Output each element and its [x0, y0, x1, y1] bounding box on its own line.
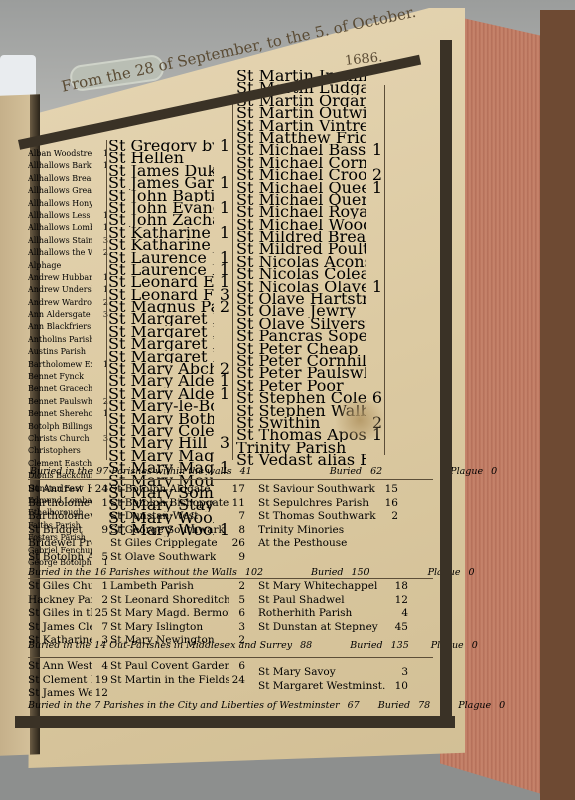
parish-name: St Mary Islington	[110, 621, 203, 635]
parish-row: Andrew Hubbard1	[28, 272, 108, 284]
parish-name: St Olave Silverstreet	[236, 318, 366, 330]
burial-count	[366, 355, 382, 367]
parish-name: St John Zachary	[108, 214, 214, 226]
parish-row: St Leonard Shoreditch5	[110, 594, 245, 608]
parish-name: St Mary-le-Bow	[108, 400, 214, 412]
parish-row: Allhallows Staining3	[28, 235, 108, 247]
parish-row: St Michael Woodstreet	[236, 219, 382, 231]
parish-name: St Mary Magd. Bermon.	[110, 607, 229, 621]
parish-name: St Peter Paulswharf	[236, 367, 366, 379]
burial-count	[214, 152, 230, 164]
parish-row: St Leonard Eastcheap1	[108, 276, 230, 288]
burial-count: 1	[214, 227, 230, 239]
parish-name: Allhallows Less	[28, 210, 91, 222]
parish-row: St Pancras Soperlane	[236, 330, 382, 342]
burial-count: 5	[92, 551, 108, 565]
within-walls-summary: Buried in the 97 Parishes within the wal…	[30, 466, 505, 477]
parish-name: Allhallows Honylane	[28, 198, 92, 210]
parish-row: Trinity Minories	[258, 524, 398, 538]
burial-count	[366, 194, 382, 206]
parish-row: St Michael Cornhil	[236, 157, 382, 169]
parish-row: St Gregory by St Paul1	[108, 140, 230, 152]
column-rule	[384, 85, 385, 455]
parish-row: St Mary Aldermary1	[108, 388, 230, 400]
book-cover	[540, 10, 575, 800]
section-rule	[28, 657, 433, 658]
parish-row: At the Pesthouse	[258, 537, 398, 551]
burial-count: 16	[382, 497, 398, 511]
parish-row: Hackney Parish2	[28, 594, 108, 608]
parish-row: Bennet Paulswharf2	[28, 396, 108, 408]
burial-count	[366, 256, 382, 268]
parish-row: Allhallows Great	[28, 185, 108, 197]
parish-name: St Michael Queenhith	[236, 182, 366, 194]
parish-name: Andrew Wardrobe	[28, 297, 92, 309]
parish-row: St Nicolas Coleabby	[236, 268, 382, 280]
parish-name: St Margaret Moses	[108, 326, 214, 338]
parish-row: St Margaret Pattons	[108, 351, 230, 363]
parish-name: Allhallows Staining	[28, 235, 92, 247]
parish-name: St John Evangelist	[108, 202, 214, 214]
parish-name: St Giles Cripplegate	[110, 537, 218, 551]
parish-row: St Dunstan at Stepney45	[258, 621, 408, 635]
parish-row: St Mary Hill3	[108, 437, 230, 449]
parish-row: Allhallows Barking1	[28, 160, 108, 172]
parish-name: St Mary Savoy	[258, 666, 336, 680]
parish-name: At the Pesthouse	[258, 537, 347, 551]
parish-name: St Gregory by St Paul	[108, 140, 214, 152]
parish-name: St Swithin	[236, 417, 320, 429]
burial-count	[366, 330, 382, 342]
parish-name: Bennet Paulswharf	[28, 396, 92, 408]
burial-count	[366, 318, 382, 330]
parish-name: St Olave Jewry	[236, 305, 356, 317]
parish-name: St Martin in the Fields	[110, 674, 229, 688]
parish-row: Antholins Parish	[28, 334, 108, 346]
burial-count	[366, 219, 382, 231]
parish-row: St John Baptist	[108, 190, 230, 202]
parish-row: St Botolph Bishopgate11	[110, 497, 245, 511]
parish-name: St Botolph Bishopgate	[110, 497, 229, 511]
water-stain	[330, 400, 390, 440]
burial-count: 15	[382, 483, 398, 497]
burial-count	[382, 537, 398, 551]
burial-count: 45	[392, 621, 408, 635]
parish-row: St Olave Silverstreet	[236, 318, 382, 330]
parish-name: St Nicolas Acons	[236, 256, 366, 268]
burial-count: 12	[392, 594, 408, 608]
parish-row: Allhallows Lombardstr.1	[28, 222, 108, 234]
parish-name: Ann Aldersgate	[28, 309, 91, 321]
burial-count	[214, 326, 230, 338]
parish-name: St Giles Church	[28, 580, 92, 594]
burial-count: 25	[92, 607, 108, 621]
parish-row: St Laurence Pountney1	[108, 264, 230, 276]
parish-row: Ann Blackfriers	[28, 321, 108, 333]
parish-row: St Hellen	[108, 152, 230, 164]
parish-row: St Mary-le-Bow	[108, 400, 230, 412]
parish-name: St Pancras Soperlane	[236, 330, 366, 342]
parish-name: St James Westminst.	[28, 687, 92, 701]
parish-row: St Katharine Creechur.	[108, 239, 230, 251]
parish-row: Bennet Sherehog1	[28, 408, 108, 420]
parish-row: Botolph Billingsgate	[28, 421, 108, 433]
burial-count: 8	[229, 524, 245, 538]
burial-count: 1	[214, 388, 230, 400]
burial-count: 3	[214, 437, 230, 449]
parish-row: St Mary Islington3	[110, 621, 245, 635]
parish-name: St Michael Royal	[236, 206, 366, 218]
parish-name: Bridewel Precinct	[28, 537, 92, 551]
parish-row: Christophers	[28, 445, 108, 457]
parish-row: St Olave Southwark9	[110, 551, 245, 565]
parish-row: St Olave Jewry	[236, 305, 382, 317]
parish-row: Bennet Gracechurch	[28, 383, 108, 395]
out-parishes-right-column: St Mary Whitechappel18St Paul Shadwel12R…	[258, 580, 408, 634]
parish-name: St Olave Hartstreet	[236, 293, 366, 305]
burial-count	[214, 313, 230, 325]
parish-name: St Olave Southwark	[110, 551, 216, 565]
parish-row: St Mary Colechurch	[108, 425, 230, 437]
burial-count: 11	[229, 497, 245, 511]
burial-count: 18	[392, 580, 408, 594]
parish-row: St Thomas Southwark2	[258, 510, 398, 524]
burial-count: 1	[366, 144, 382, 156]
burial-count	[366, 305, 382, 317]
burial-count	[366, 120, 382, 132]
parish-name: Bartholomew Exchange	[28, 359, 92, 371]
burial-count: 9	[92, 524, 108, 538]
parish-row: Trinity Parish	[236, 442, 382, 454]
parish-row: St Mary Whitechappel18	[258, 580, 408, 594]
burial-count: 1	[92, 497, 108, 511]
parish-row: St Peter Cheap	[236, 343, 382, 355]
burial-count	[214, 400, 230, 412]
parish-row: Allhallows the Wall2	[28, 247, 108, 259]
parish-name: St Paul Shadwel	[258, 594, 345, 608]
parish-row: St Katharine Coleman1	[108, 227, 230, 239]
burial-count	[366, 367, 382, 379]
out-parishes-mid-column: Lambeth Parish2St Leonard Shoreditch5St …	[110, 580, 245, 648]
parish-name: St Laurence Pountney	[108, 264, 214, 276]
parish-name: St Mary Hill	[108, 437, 207, 449]
parish-row: St John Zachary	[108, 214, 230, 226]
parish-row: St Giles in the Fields25	[28, 607, 108, 621]
parish-row: St Mary Magd. Bermon.6	[110, 607, 245, 621]
parish-row: St Michael Quern	[236, 194, 382, 206]
section-rule	[28, 578, 433, 579]
parish-name: St Michael Crookedlane	[236, 169, 366, 181]
parish-name: St Margaret Lothbury	[108, 313, 214, 325]
burial-count: 2	[382, 510, 398, 524]
parish-row: St Mary Savoy3	[258, 666, 408, 680]
parish-name: St Mary Abchurch	[108, 363, 214, 375]
parish-row: St Margaret Newfishstr.	[108, 338, 230, 350]
parish-name: St Hellen	[108, 152, 184, 164]
parish-name: Allhallows Breadstreet	[28, 173, 92, 185]
parish-row: St Peter Cornhil	[236, 355, 382, 367]
parish-name: St Michael Bassishaw	[236, 144, 366, 156]
burial-count	[214, 338, 230, 350]
burial-count: 4	[392, 607, 408, 621]
parish-name: St Peter Cheap	[236, 343, 358, 355]
parish-row: Bartholomew Less	[28, 510, 108, 524]
parish-row: St Laurence Jewry1	[108, 252, 230, 264]
parish-name: St James Clerkenwel	[28, 621, 92, 635]
parish-row: St Martin Vintrey	[236, 120, 382, 132]
burial-count: 19	[92, 674, 108, 688]
burial-count	[214, 413, 230, 425]
parish-row: St Dunstan West7	[110, 510, 245, 524]
parish-name: Christs Church	[28, 433, 90, 445]
parish-name: St Giles in the Fields	[28, 607, 92, 621]
parish-name: Bennet Sherehog	[28, 408, 92, 420]
parish-row: Bartholomew Exchange1	[28, 359, 108, 371]
burial-count: 24	[229, 674, 245, 688]
burial-count: 12	[92, 687, 108, 701]
burial-count: 1	[366, 182, 382, 194]
parish-name: Antholins Parish	[28, 334, 92, 346]
without-walls-summary: Buried in the 16 Parishes without the Wa…	[28, 567, 483, 578]
parish-row: St Michael Queenhith1	[236, 182, 382, 194]
parish-row: Andrew Undershaft1	[28, 284, 108, 296]
parish-name: St Mary Whitechappel	[258, 580, 377, 594]
parish-name: St Leonard Eastcheap	[108, 276, 214, 288]
parish-row: St Martin Outwich	[236, 107, 382, 119]
parish-name: St Mary Aldermanbury	[108, 375, 214, 387]
parish-name: Trinity Parish	[236, 442, 346, 454]
parish-row: St Mildred Poultrey	[236, 243, 382, 255]
burial-count: 3	[229, 621, 245, 635]
burial-count: 7	[229, 510, 245, 524]
parish-row: St George Southwark8	[110, 524, 245, 538]
burial-count: 2	[92, 594, 108, 608]
parish-row: St Mary Abchurch2	[108, 363, 230, 375]
parish-row: St Mary Mag. Milkstreet	[108, 450, 230, 462]
without-walls-right-column: St Saviour Southwark15St Sepulchres Pari…	[258, 483, 398, 551]
burial-count	[92, 510, 108, 524]
burial-count: 1	[214, 177, 230, 189]
parish-name: St Mildred Poultrey	[236, 243, 366, 255]
burial-count: 3	[392, 666, 408, 680]
burial-count: 2	[214, 301, 230, 313]
parish-name: St Matthew Fridaystreet	[236, 132, 366, 144]
parish-row: St James Clerkenwel7	[28, 621, 108, 635]
parish-row: Ann Aldersgate3	[28, 309, 108, 321]
parish-row: St Vedast alias Foster	[236, 454, 382, 466]
parish-name: St Bridget	[28, 524, 83, 538]
parish-row: St Clement Danes19	[28, 674, 108, 688]
parish-row: St Michael Bassishaw1	[236, 144, 382, 156]
burial-count: 26	[229, 537, 245, 551]
parish-row: Bartholomew Great1	[28, 497, 108, 511]
parish-row: St Margaret Westminst.10	[258, 680, 408, 694]
parish-row: St Margaret Moses	[108, 326, 230, 338]
parish-name: Bartholomew Great	[28, 497, 92, 511]
burial-count	[382, 524, 398, 538]
parish-name: Allhallows Barking	[28, 160, 92, 172]
parish-row: St James Westminst.12	[28, 687, 108, 701]
parish-row: St Paul Covent Garden.6	[110, 660, 245, 674]
burial-count: 6	[229, 660, 245, 674]
parish-row: St Paul Shadwel12	[258, 594, 408, 608]
parish-row: St Michael Crookedlane2	[236, 169, 382, 181]
parish-row: St Nicolas Olaves1	[236, 281, 382, 293]
burial-count: 9	[229, 551, 245, 565]
burial-count	[366, 343, 382, 355]
parish-name: St Botolph Aldgate	[110, 483, 211, 497]
parish-row: St Olave Hartstreet	[236, 293, 382, 305]
parish-row: St Peter Paulswharf	[236, 367, 382, 379]
parish-row: Alphage	[28, 260, 108, 272]
parish-name: St Mary Colechurch	[108, 425, 214, 437]
parish-row: St Magnus Parish2	[108, 301, 230, 313]
burial-count: 17	[229, 483, 245, 497]
parish-row: Bridewel Precinct	[28, 537, 108, 551]
parish-row: Bennet Fynck	[28, 371, 108, 383]
parish-name: Austins Parish	[28, 346, 86, 358]
parish-name: Ann Blackfriers	[28, 321, 91, 333]
parish-row: Allhallows Honylane	[28, 198, 108, 210]
parish-name: St Magnus Parish	[108, 301, 214, 313]
parish-name: Allhallows Great	[28, 185, 92, 197]
burial-count: 1	[214, 140, 230, 152]
burial-count	[366, 206, 382, 218]
burial-count: 1	[214, 202, 230, 214]
parish-row: St Margaret Lothbury	[108, 313, 230, 325]
parish-name: St Clement Danes	[28, 674, 92, 688]
burial-count: 6	[229, 607, 245, 621]
parish-name: St Thomas Southwark	[258, 510, 376, 524]
parish-row: St John Evangelist1	[108, 202, 230, 214]
parish-name: Andrew Undershaft	[28, 284, 92, 296]
parish-name: St James Garlickhithe	[108, 177, 214, 189]
parish-name: St Michael Woodstreet	[236, 219, 366, 231]
parish-name: St Dunstan at Stepney	[258, 621, 378, 635]
parish-name: St Margaret Newfishstr.	[108, 338, 214, 350]
parish-row: St Michael Royal	[236, 206, 382, 218]
section-rule	[28, 479, 433, 480]
parish-name: Botolph Billingsgate	[28, 421, 92, 433]
burial-count: 5	[229, 594, 245, 608]
parish-row: St Ann Westminster4	[28, 660, 108, 674]
parish-name: Allhallows Lombardstr.	[28, 222, 92, 234]
burial-count: 4	[92, 660, 108, 674]
within-walls-mid-column: St Gregory by St Paul1St HellenSt James …	[108, 140, 230, 537]
parish-name: St Mary Aldermary	[108, 388, 214, 400]
parish-row: Rotherhith Parish4	[258, 607, 408, 621]
parish-name: St Margaret Pattons	[108, 351, 214, 363]
burial-count	[92, 537, 108, 551]
burial-count	[366, 107, 382, 119]
parish-name: Hackney Parish	[28, 594, 92, 608]
parish-name: St Leonard Shoreditch	[110, 594, 229, 608]
parish-name: St Michael Cornhil	[236, 157, 366, 169]
burial-count: 24	[92, 483, 108, 497]
parish-row: St Mildred Breadstreet	[236, 231, 382, 243]
parish-name: Rotherhith Parish	[258, 607, 352, 621]
parish-name: St Martin Vintrey	[236, 120, 366, 132]
without-walls-mid-column: St Botolph Aldgate17St Botolph Bishopgat…	[110, 483, 245, 564]
burial-count	[366, 442, 382, 454]
parish-name: St Leonard Fosterlane	[108, 289, 214, 301]
right-border	[440, 40, 452, 720]
parish-name: Christophers	[28, 445, 81, 457]
parish-name: Bennet Fynck	[28, 371, 84, 383]
burial-count	[366, 95, 382, 107]
parish-row: St Mary Bothaw	[108, 413, 230, 425]
parish-row: Lambeth Parish2	[110, 580, 245, 594]
parish-row: St James Dukes Place	[108, 165, 230, 177]
westminster-mid-column: St Paul Covent Garden.6St Martin in the …	[110, 660, 245, 687]
parish-name: Bartholomew Less	[28, 510, 92, 524]
out-parishes-summary: Buried in the 14 Out-Parishes in Middles…	[28, 640, 486, 651]
parish-row: St Andrew Holborn24	[28, 483, 108, 497]
westminster-right-column: St Mary Savoy3St Margaret Westminst.10	[258, 666, 408, 693]
bottom-border	[15, 716, 455, 728]
parish-row: Alban Woodstreet1	[28, 148, 108, 160]
parish-name: St James Dukes Place	[108, 165, 214, 177]
parish-name: St Paul Covent Garden.	[110, 660, 229, 674]
parish-row: St Peter Poor	[236, 380, 382, 392]
burial-count	[366, 82, 382, 94]
column-rule	[106, 140, 107, 460]
parish-row: Austins Parish	[28, 346, 108, 358]
parish-row: St Sepulchres Parish16	[258, 497, 398, 511]
parish-name: Trinity Minories	[258, 524, 344, 538]
parish-name: Bennet Gracechurch	[28, 383, 92, 395]
parish-name: St Mary Mag. Milkstreet	[108, 450, 214, 462]
parish-name: St Nicolas Olaves	[236, 281, 366, 293]
parish-row: St Giles Church1	[28, 580, 108, 594]
burial-count: 1	[366, 281, 382, 293]
parish-name: Allhallows the Wall	[28, 247, 92, 259]
parish-name: St John Baptist	[108, 190, 214, 202]
westminster-left-column: St Ann Westminster4St Clement Danes19St …	[28, 660, 108, 701]
parish-name: St Sepulchres Parish	[258, 497, 369, 511]
without-walls-left-column: St Andrew Holborn24Bartholomew Great1Bar…	[28, 483, 108, 564]
parish-name: St Nicolas Coleabby	[236, 268, 366, 280]
parish-row: St Saviour Southwark15	[258, 483, 398, 497]
parish-name: St Katharine Coleman	[108, 227, 214, 239]
parish-row: St Botolph Aldersgate5	[28, 551, 108, 565]
parish-name: St Botolph Aldersgate	[28, 551, 92, 565]
column-rule	[232, 100, 233, 460]
parish-row: Andrew Wardrobe2	[28, 297, 108, 309]
parish-name: St Vedast alias Foster	[236, 454, 366, 466]
parish-name: St George Southwark	[110, 524, 225, 538]
parish-name: Andrew Hubbard	[28, 272, 92, 284]
parish-name: St Peter Cornhil	[236, 355, 366, 367]
parish-name: St Andrew Holborn	[28, 483, 92, 497]
parish-name: St Saviour Southwark	[258, 483, 375, 497]
parish-name: St Mary Bothaw	[108, 413, 214, 425]
parish-row: St Nicolas Acons	[236, 256, 382, 268]
parish-row: St Martin in the Fields24	[110, 674, 245, 688]
parish-row: St Leonard Fosterlane3	[108, 289, 230, 301]
burial-count	[366, 231, 382, 243]
parish-name: St Laurence Jewry	[108, 252, 214, 264]
burial-count: 2	[229, 580, 245, 594]
parish-name: Lambeth Parish	[110, 580, 194, 594]
burial-count: 1	[92, 580, 108, 594]
parish-row: Christs Church3	[28, 433, 108, 445]
parish-name: St Katharine Creechur.	[108, 239, 214, 251]
parish-name: St Mildred Breadstreet	[236, 231, 366, 243]
parish-name: St Michael Quern	[236, 194, 366, 206]
burial-count	[366, 454, 382, 466]
burial-count	[366, 243, 382, 255]
